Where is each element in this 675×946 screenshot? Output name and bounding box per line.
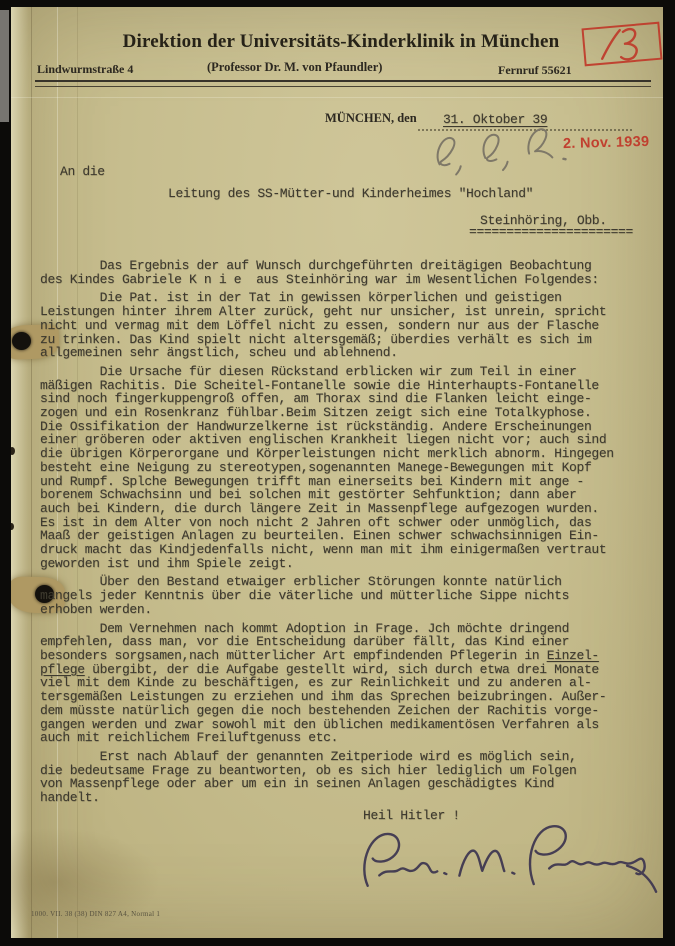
- recipient-name: Leitung des SS-Mütter-und Kinderheimes "…: [168, 186, 533, 201]
- paragraph-5: Dem Vernehmen nach kommt Adoption in Fra…: [40, 622, 662, 745]
- folio-stamp-box: [581, 22, 662, 67]
- paragraph-6: Erst nach Ablauf der genannten Zeitperio…: [40, 750, 662, 805]
- signature-handwriting: [347, 812, 662, 916]
- paper-left-edge: [11, 7, 29, 938]
- letter-paper: Direktion der Universitäts-Kinderklinik …: [11, 7, 663, 938]
- paragraph-4: Über den Bestand etwaiger erblicher Stör…: [40, 575, 662, 616]
- photo-background: { "letterhead": { "title": "Direktion de…: [0, 0, 675, 946]
- paper-shading: [11, 827, 161, 937]
- paragraph-2: Die Pat. ist in der Tat in gewissen körp…: [40, 291, 662, 360]
- paper-crease: [31, 7, 32, 938]
- letter-body: Das Ergebnis der auf Wunsch durchgeführt…: [40, 259, 662, 810]
- photo-edge-sliver: [0, 10, 9, 122]
- paragraph-1: Das Ergebnis der auf Wunsch durchgeführt…: [40, 259, 662, 286]
- dateline-place-label: MÜNCHEN, den: [325, 111, 417, 126]
- folio-number-handwriting: [591, 20, 655, 69]
- letterhead-address: Lindwurmstraße 4: [37, 62, 133, 77]
- paper-crease: [11, 97, 663, 98]
- received-date-stamp: 2. Nov. 1939: [563, 134, 650, 152]
- paragraph-3: Die Ursache für diesen Rückstand erblick…: [40, 365, 662, 571]
- letterhead-phone: Fernruf 55621: [498, 63, 572, 78]
- punch-hole: [12, 332, 31, 350]
- handwritten-initials: [422, 119, 585, 184]
- letterhead-rule: [35, 80, 651, 87]
- recipient-salutation: An die: [60, 164, 105, 179]
- letterhead-title: Direktion der Universitäts-Kinderklinik …: [91, 31, 591, 53]
- letterhead-professor: (Professor Dr. M. von Pfaundler): [207, 60, 382, 75]
- print-note: 1000. VII. 38 (38) DIN 827 A4, Normal 1: [31, 910, 160, 918]
- paragraph-5-part2: übergibt, der die Aufgabe gestellt wird,…: [40, 662, 606, 746]
- paragraph-5-part1: Dem Vernehmen nach kommt Adoption in Fra…: [40, 621, 569, 663]
- recipient-underline: ======================: [469, 224, 633, 239]
